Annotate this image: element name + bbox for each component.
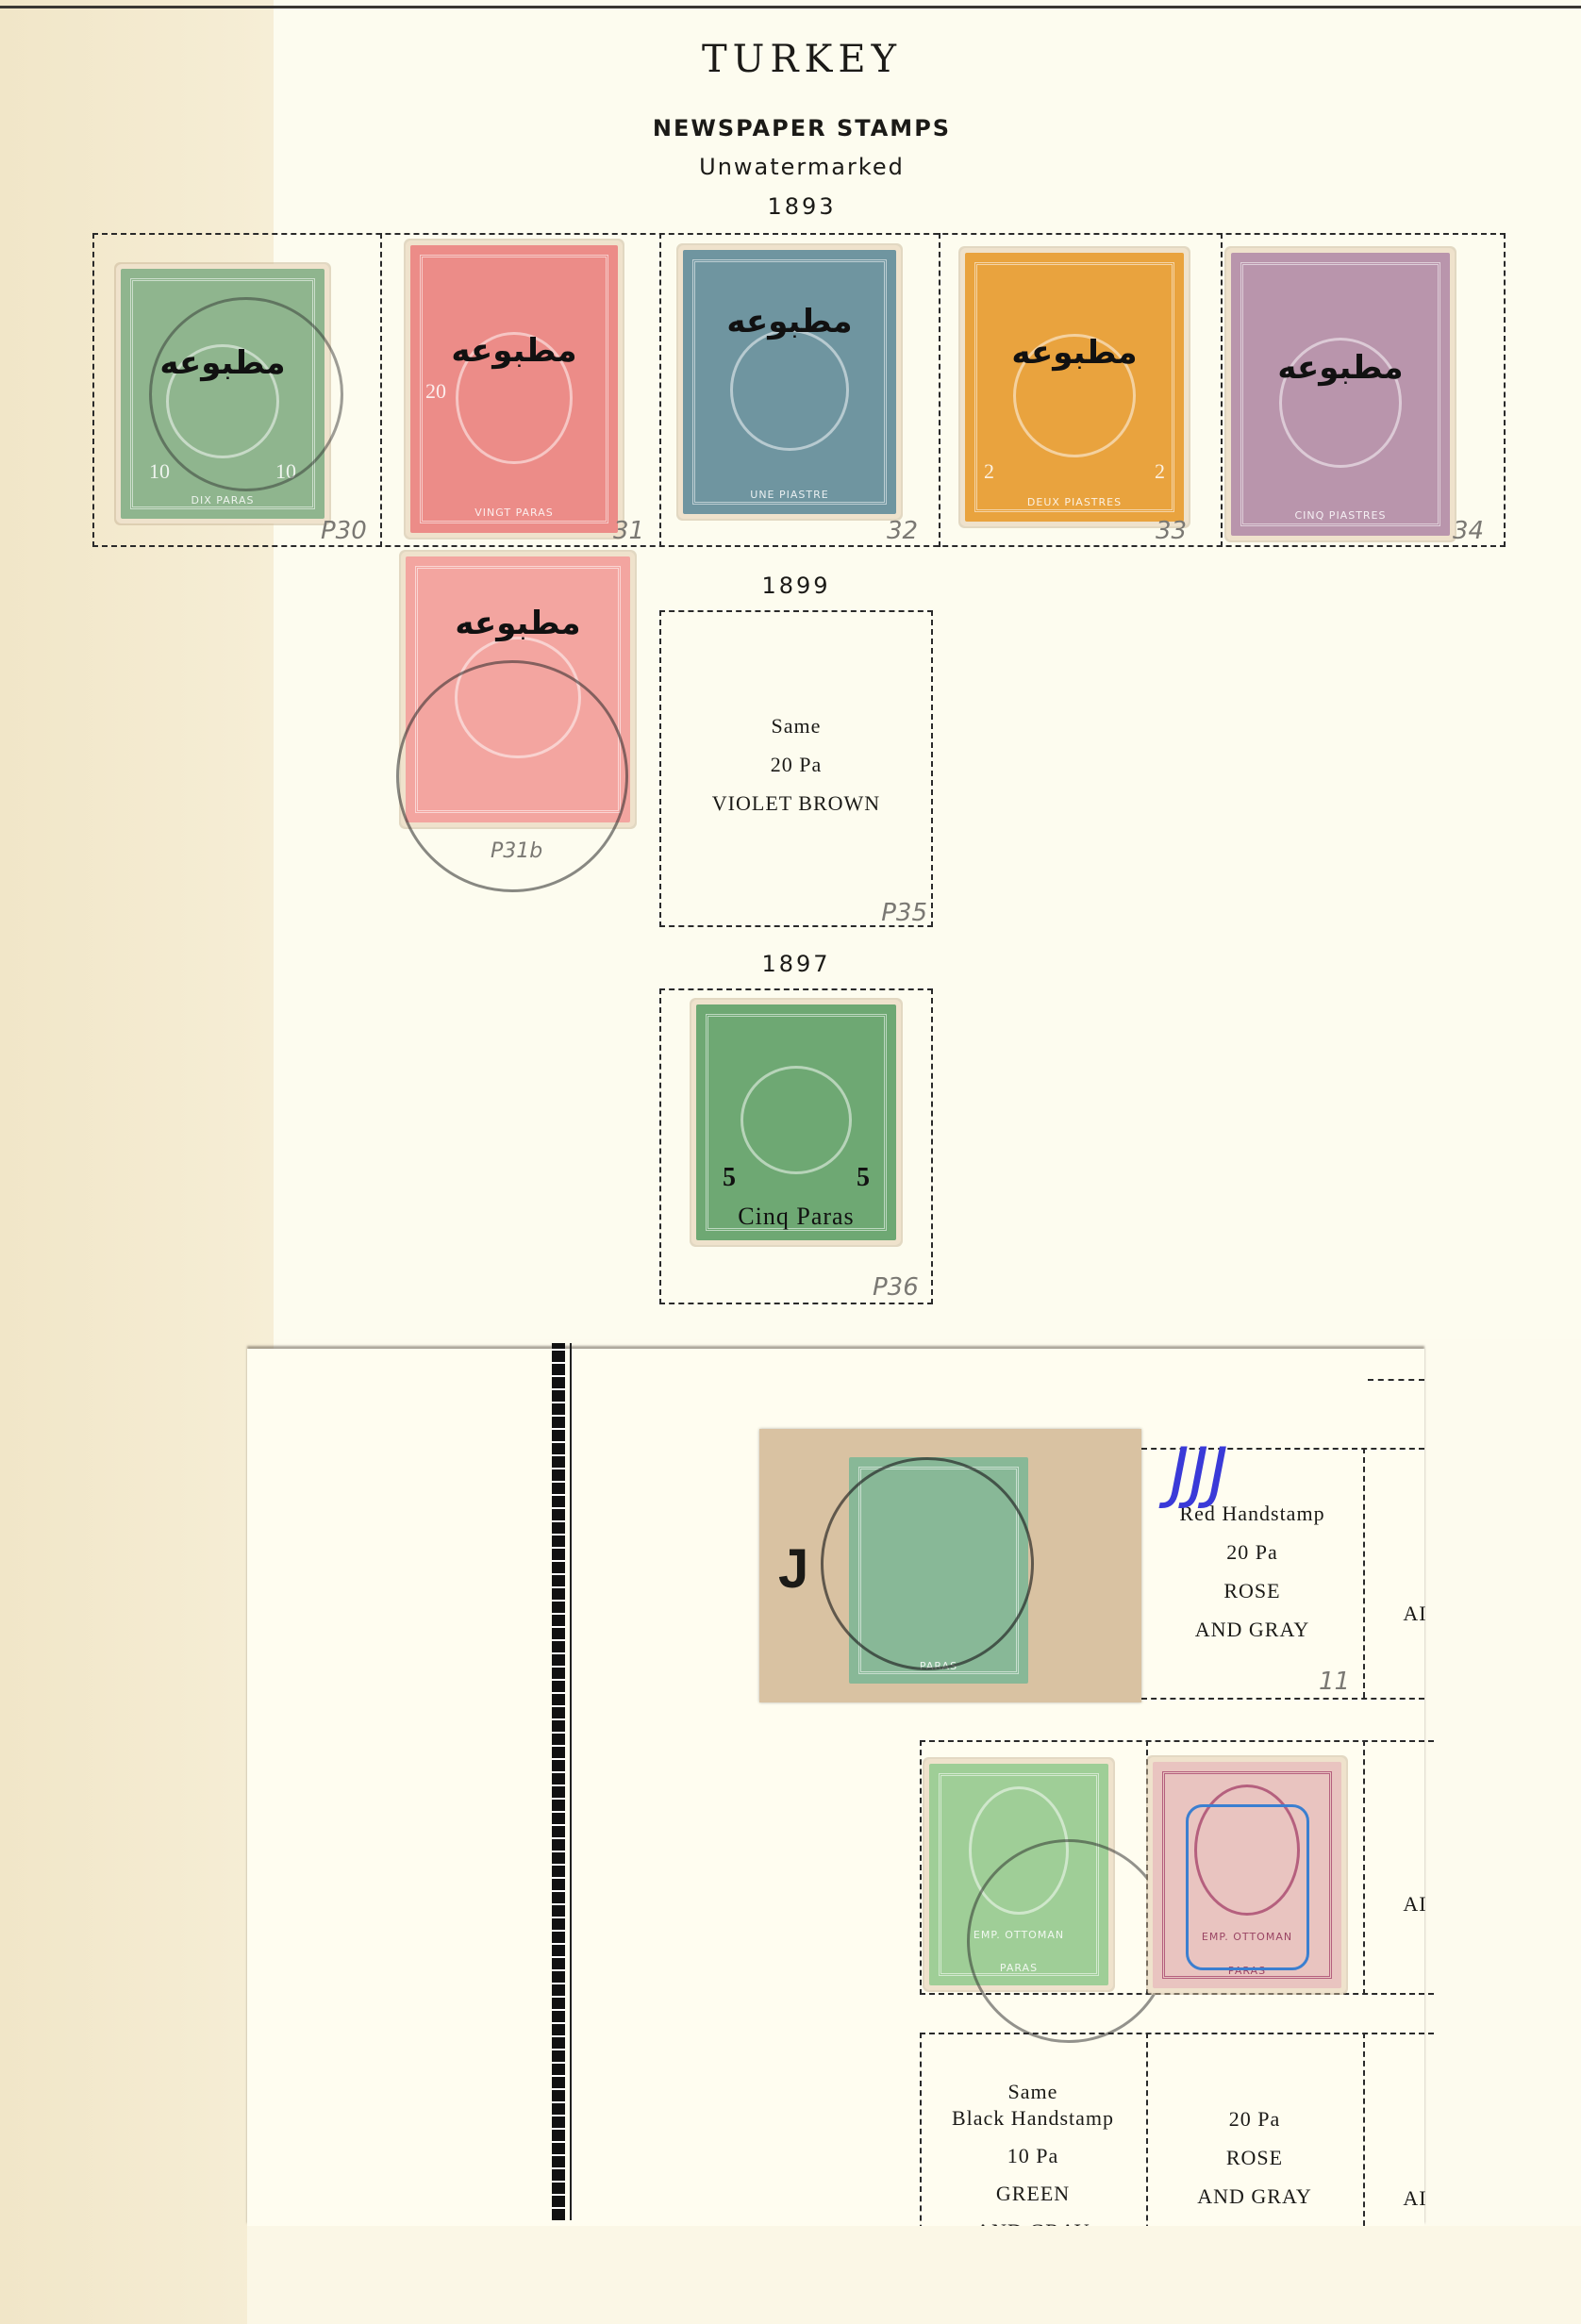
stamp-inscription: CINQ PIASTRES [1231, 509, 1450, 522]
surcharge-text: Cinq Paras [696, 1203, 896, 1231]
surcharge-value: 5 [723, 1163, 736, 1193]
space-description: 20 Pa ROSE AND GRAY [1146, 2100, 1363, 2216]
desc-line: VIOLET BROWN [661, 784, 931, 822]
catalog-note: P35 [881, 899, 927, 927]
catalog-note: 33 [1156, 517, 1187, 545]
box-edge [1368, 1379, 1424, 1381]
empty-stamp-space-1899: Same 20 Pa VIOLET BROWN P35 [659, 610, 933, 927]
desc-line: AND GRAY [1146, 2177, 1363, 2216]
stamp-on-piece: PARAS [849, 1457, 1028, 1684]
cut-label: AI [1401, 2179, 1429, 2217]
section-heading: NEWSPAPER STAMPS [566, 115, 1038, 141]
row-divider [380, 233, 382, 547]
catalog-note: 11 [1319, 1668, 1350, 1696]
stamp-value: 20 [425, 379, 446, 404]
pen-annotation: JJJ [1170, 1434, 1228, 1511]
postmark [149, 297, 343, 491]
stamp-1893-2pi-orange[interactable]: مطبوعه 2 2 DEUX PIASTRES [965, 253, 1184, 522]
row-divider [1363, 1740, 1365, 1995]
catalog-note: P30 [321, 517, 367, 545]
watermark-note: Unwatermarked [566, 154, 1038, 180]
catalog-note: 31 [613, 517, 644, 545]
space-description: Same 20 Pa VIOLET BROWN [661, 706, 931, 822]
year-heading-1893: 1893 [566, 193, 1038, 220]
box-edge [1363, 2033, 1365, 2254]
desc-line: Black Handstamp [920, 2100, 1146, 2137]
catalog-note: 32 [887, 517, 918, 545]
stamp-10pa-green[interactable]: EMP. OTTOMAN PARAS [929, 1764, 1108, 1985]
stamp-value: 2 [984, 459, 994, 484]
stamp-1893-20pa-rose[interactable]: مطبوعه 20 VINGT PARAS [410, 245, 618, 533]
surcharge-value: 5 [857, 1163, 870, 1193]
desc-line: ROSE [1141, 1571, 1363, 1610]
box-edge [920, 2033, 1434, 2034]
overprint: مطبوعه [406, 605, 630, 642]
stamp-inscription: UNE PIASTRE [683, 489, 896, 501]
blue-handstamp [1186, 1804, 1309, 1970]
desc-line: 10 Pa [920, 2137, 1146, 2175]
page-title: TURKEY [566, 38, 1038, 81]
catalog-note: P36 [873, 1273, 919, 1302]
stamp-crest-oval [741, 1066, 853, 1174]
row-divider [939, 233, 940, 547]
stamp-crest-oval [730, 329, 850, 451]
catalog-note: P31b [491, 839, 542, 863]
cut-label: AI [1401, 1884, 1429, 1923]
desc-line: 20 Pa [1141, 1533, 1363, 1571]
stamp-inscription: DEUX PIASTRES [965, 496, 1184, 508]
decorative-border [552, 1343, 565, 2220]
stamp-1893-10pa-green[interactable]: مطبوعه 10 10 DIX PARAS [121, 269, 325, 519]
year-heading-1897: 1897 [659, 951, 933, 977]
overprint: مطبوعه [410, 332, 618, 370]
newspaper-piece[interactable]: J EC. PARAS [759, 1429, 1141, 1702]
stamp-1893-1pi-blue[interactable]: مطبوعه UNE PIASTRE [683, 250, 896, 514]
stamp-1897-5pa-green[interactable]: 5 5 Cinq Paras [696, 1004, 896, 1240]
space-description: Red Handstamp 20 Pa ROSE AND GRAY [1141, 1494, 1363, 1649]
postmark [967, 1839, 1171, 2043]
desc-line: 20 Pa [661, 745, 931, 784]
desc-line: AND GRAY [1141, 1610, 1363, 1649]
cut-label: AI [1401, 1594, 1429, 1633]
row-divider [1221, 233, 1223, 547]
stamp-value: 2 [1155, 459, 1165, 484]
border-rule [570, 1343, 572, 2220]
album-page-bottom [247, 2226, 1581, 2324]
overprint: مطبوعه [1231, 349, 1450, 387]
stamp-1893-5pi-lilac[interactable]: مطبوعه CINQ PIASTRES [1231, 253, 1450, 536]
desc-line: 20 Pa [1146, 2100, 1363, 2138]
postmark [821, 1457, 1034, 1670]
box-edge [1363, 1448, 1365, 1698]
stamp-inscription: DIX PARAS [121, 494, 325, 506]
page-top-border [0, 6, 1581, 8]
desc-line: GREEN [920, 2175, 1146, 2213]
overprint: مطبوعه [965, 334, 1184, 372]
box-edge [1141, 1698, 1424, 1700]
year-heading-1899: 1899 [659, 573, 933, 599]
stamp-value: 10 [149, 459, 170, 484]
desc-line: ROSE [1146, 2138, 1363, 2177]
stamp-1893-20pa-pink[interactable]: مطبوعه [406, 556, 630, 822]
overprint: مطبوعه [683, 303, 896, 340]
space-description: Same Black Handstamp 10 Pa GREEN AND GRA… [920, 2073, 1146, 2250]
stamp-inscription: VINGT PARAS [410, 506, 618, 519]
desc-line: Same [661, 706, 931, 745]
row-divider [659, 233, 661, 547]
stamp-20pa-rose[interactable]: EMP. OTTOMAN PARAS [1153, 1762, 1341, 1988]
catalog-note: 34 [1453, 517, 1484, 545]
